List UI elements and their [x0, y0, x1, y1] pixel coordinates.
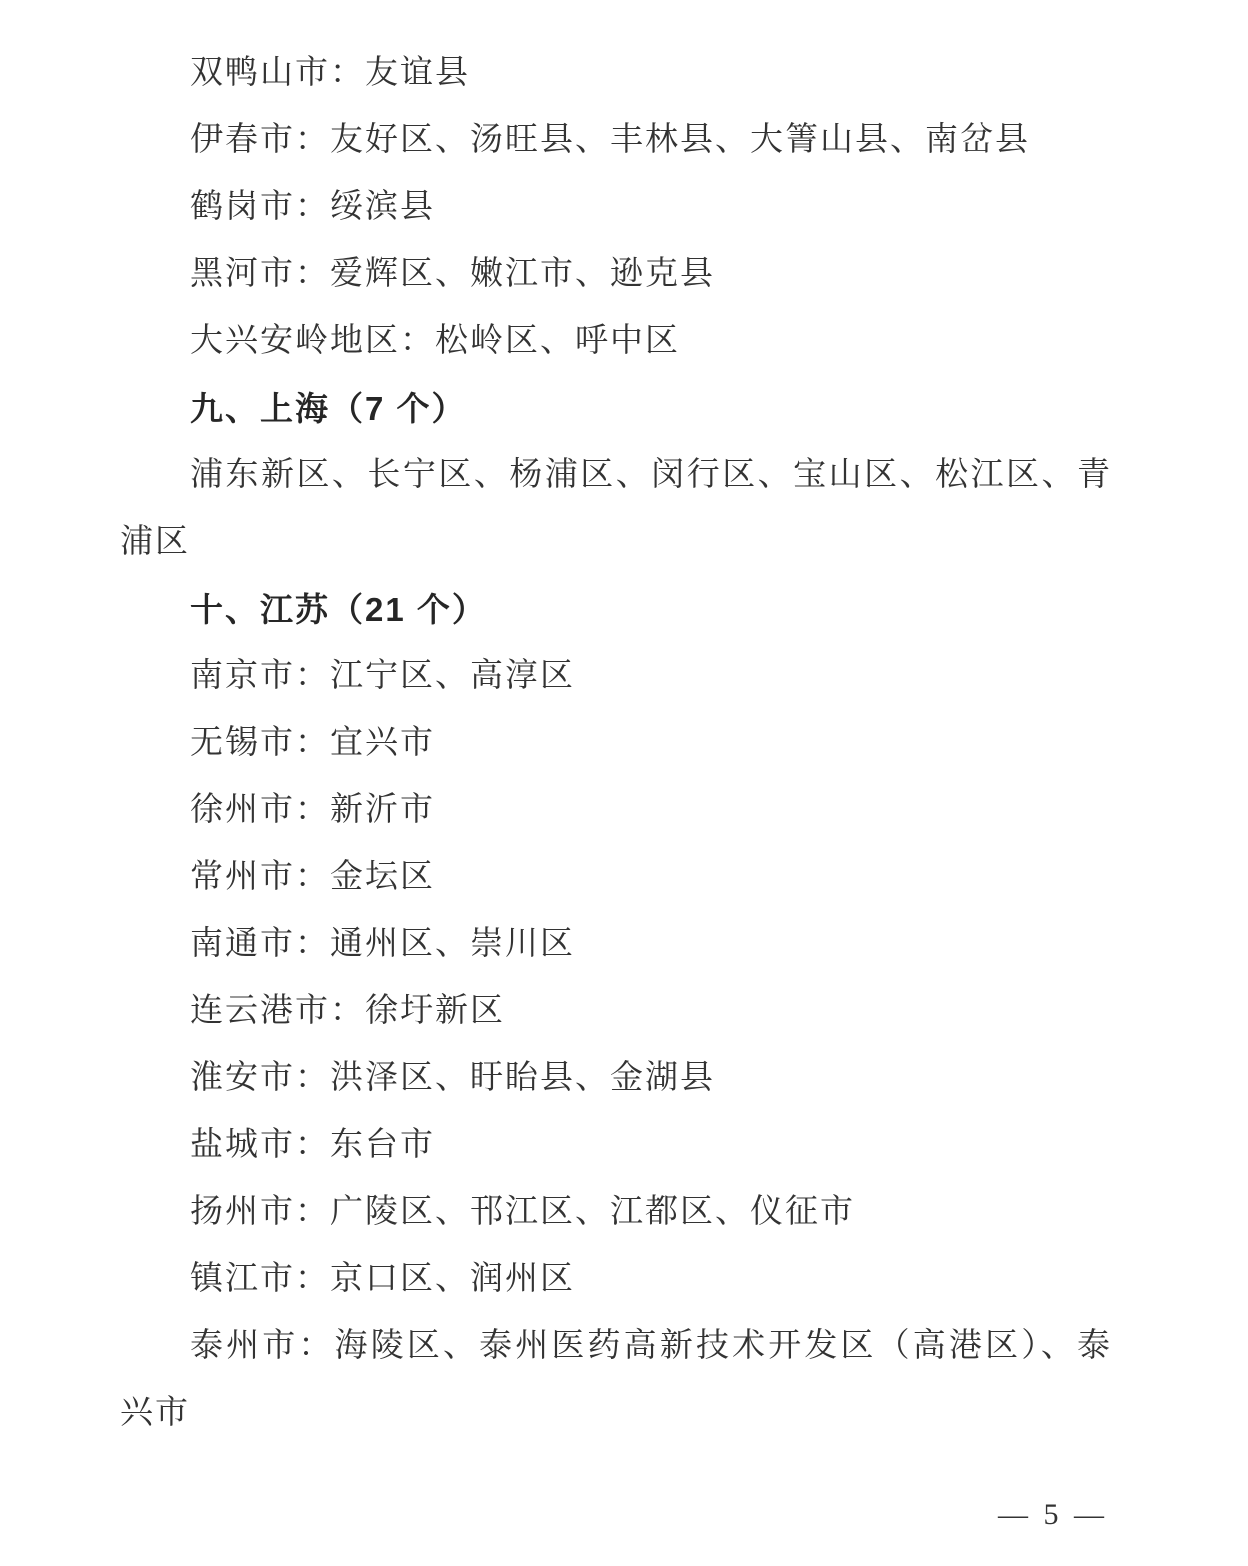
region-entry: 鹤岗市：绥滨县: [120, 174, 1112, 241]
region-entry: 大兴安岭地区：松岭区、呼中区: [120, 308, 1112, 375]
section-heading: 十、江苏（21 个）: [120, 576, 1112, 643]
region-entry: 常州市：金坛区: [120, 844, 1112, 911]
region-entry: 徐州市：新沂市: [120, 777, 1112, 844]
region-entry: 双鸭山市：友谊县: [120, 40, 1112, 107]
region-entry: 连云港市：徐圩新区: [120, 978, 1112, 1045]
document-body: 双鸭山市：友谊县伊春市：友好区、汤旺县、丰林县、大箐山县、南岔县鹤岗市：绥滨县黑…: [120, 40, 1112, 1447]
document-page: 双鸭山市：友谊县伊春市：友好区、汤旺县、丰林县、大箐山县、南岔县鹤岗市：绥滨县黑…: [0, 0, 1248, 1566]
region-entry: 镇江市：京口区、润州区: [120, 1246, 1112, 1313]
page-footer: — 5 —: [998, 1498, 1108, 1532]
region-entry: 南通市：通州区、崇川区: [120, 911, 1112, 978]
page-number: — 5 —: [998, 1498, 1108, 1531]
region-entry: 伊春市：友好区、汤旺县、丰林县、大箐山县、南岔县: [120, 107, 1112, 174]
section-heading: 九、上海（7 个）: [120, 375, 1112, 442]
region-entry: 南京市：江宁区、高淳区: [120, 643, 1112, 710]
region-entry: 无锡市：宜兴市: [120, 710, 1112, 777]
region-entry: 扬州市：广陵区、邗江区、江都区、仪征市: [120, 1179, 1112, 1246]
region-entry: 盐城市：东台市: [120, 1112, 1112, 1179]
region-entry: 黑河市：爱辉区、嫩江市、逊克县: [120, 241, 1112, 308]
region-entry: 泰州市：海陵区、泰州医药高新技术开发区（高港区）、泰兴市: [120, 1313, 1112, 1447]
region-entry: 淮安市：洪泽区、盱眙县、金湖县: [120, 1045, 1112, 1112]
region-entry: 浦东新区、长宁区、杨浦区、闵行区、宝山区、松江区、青浦区: [120, 442, 1112, 576]
